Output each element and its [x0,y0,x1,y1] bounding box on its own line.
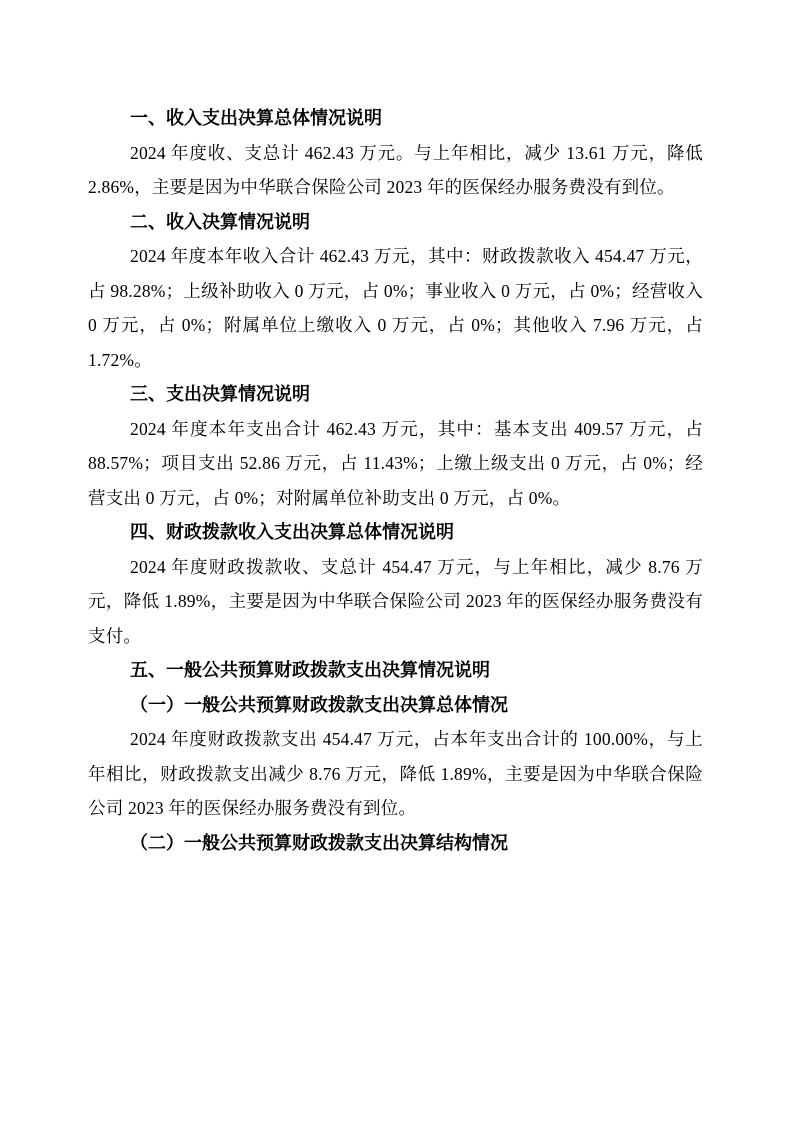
section-heading: 一、收入支出决算总体情况说明 [88,101,703,136]
section-heading: 三、支出决算情况说明 [88,377,703,412]
paragraph: 2024 年度财政拨款收、支总计 454.47 万元，与上年相比，减少 8.76… [88,550,703,654]
paragraph: 2024 年度收、支总计 462.43 万元。与上年相比，减少 13.61 万元… [88,136,703,205]
paragraph: 2024 年度财政拨款支出 454.47 万元，占本年支出合计的 100.00%… [88,722,703,826]
sub-section-heading: （一）一般公共预算财政拨款支出决算总体情况 [88,688,703,723]
document-content: 一、收入支出决算总体情况说明2024 年度收、支总计 462.43 万元。与上年… [88,101,703,860]
section-heading: 五、一般公共预算财政拨款支出决算情况说明 [88,653,703,688]
section-heading: 二、收入决算情况说明 [88,205,703,240]
section-heading: 四、财政拨款收入支出决算总体情况说明 [88,515,703,550]
document-page: 一、收入支出决算总体情况说明2024 年度收、支总计 462.43 万元。与上年… [0,0,793,1122]
paragraph: 2024 年度本年支出合计 462.43 万元，其中：基本支出 409.57 万… [88,412,703,516]
paragraph: 2024 年度本年收入合计 462.43 万元，其中：财政拨款收入 454.47… [88,239,703,377]
sub-section-heading: （二）一般公共预算财政拨款支出决算结构情况 [88,826,703,861]
